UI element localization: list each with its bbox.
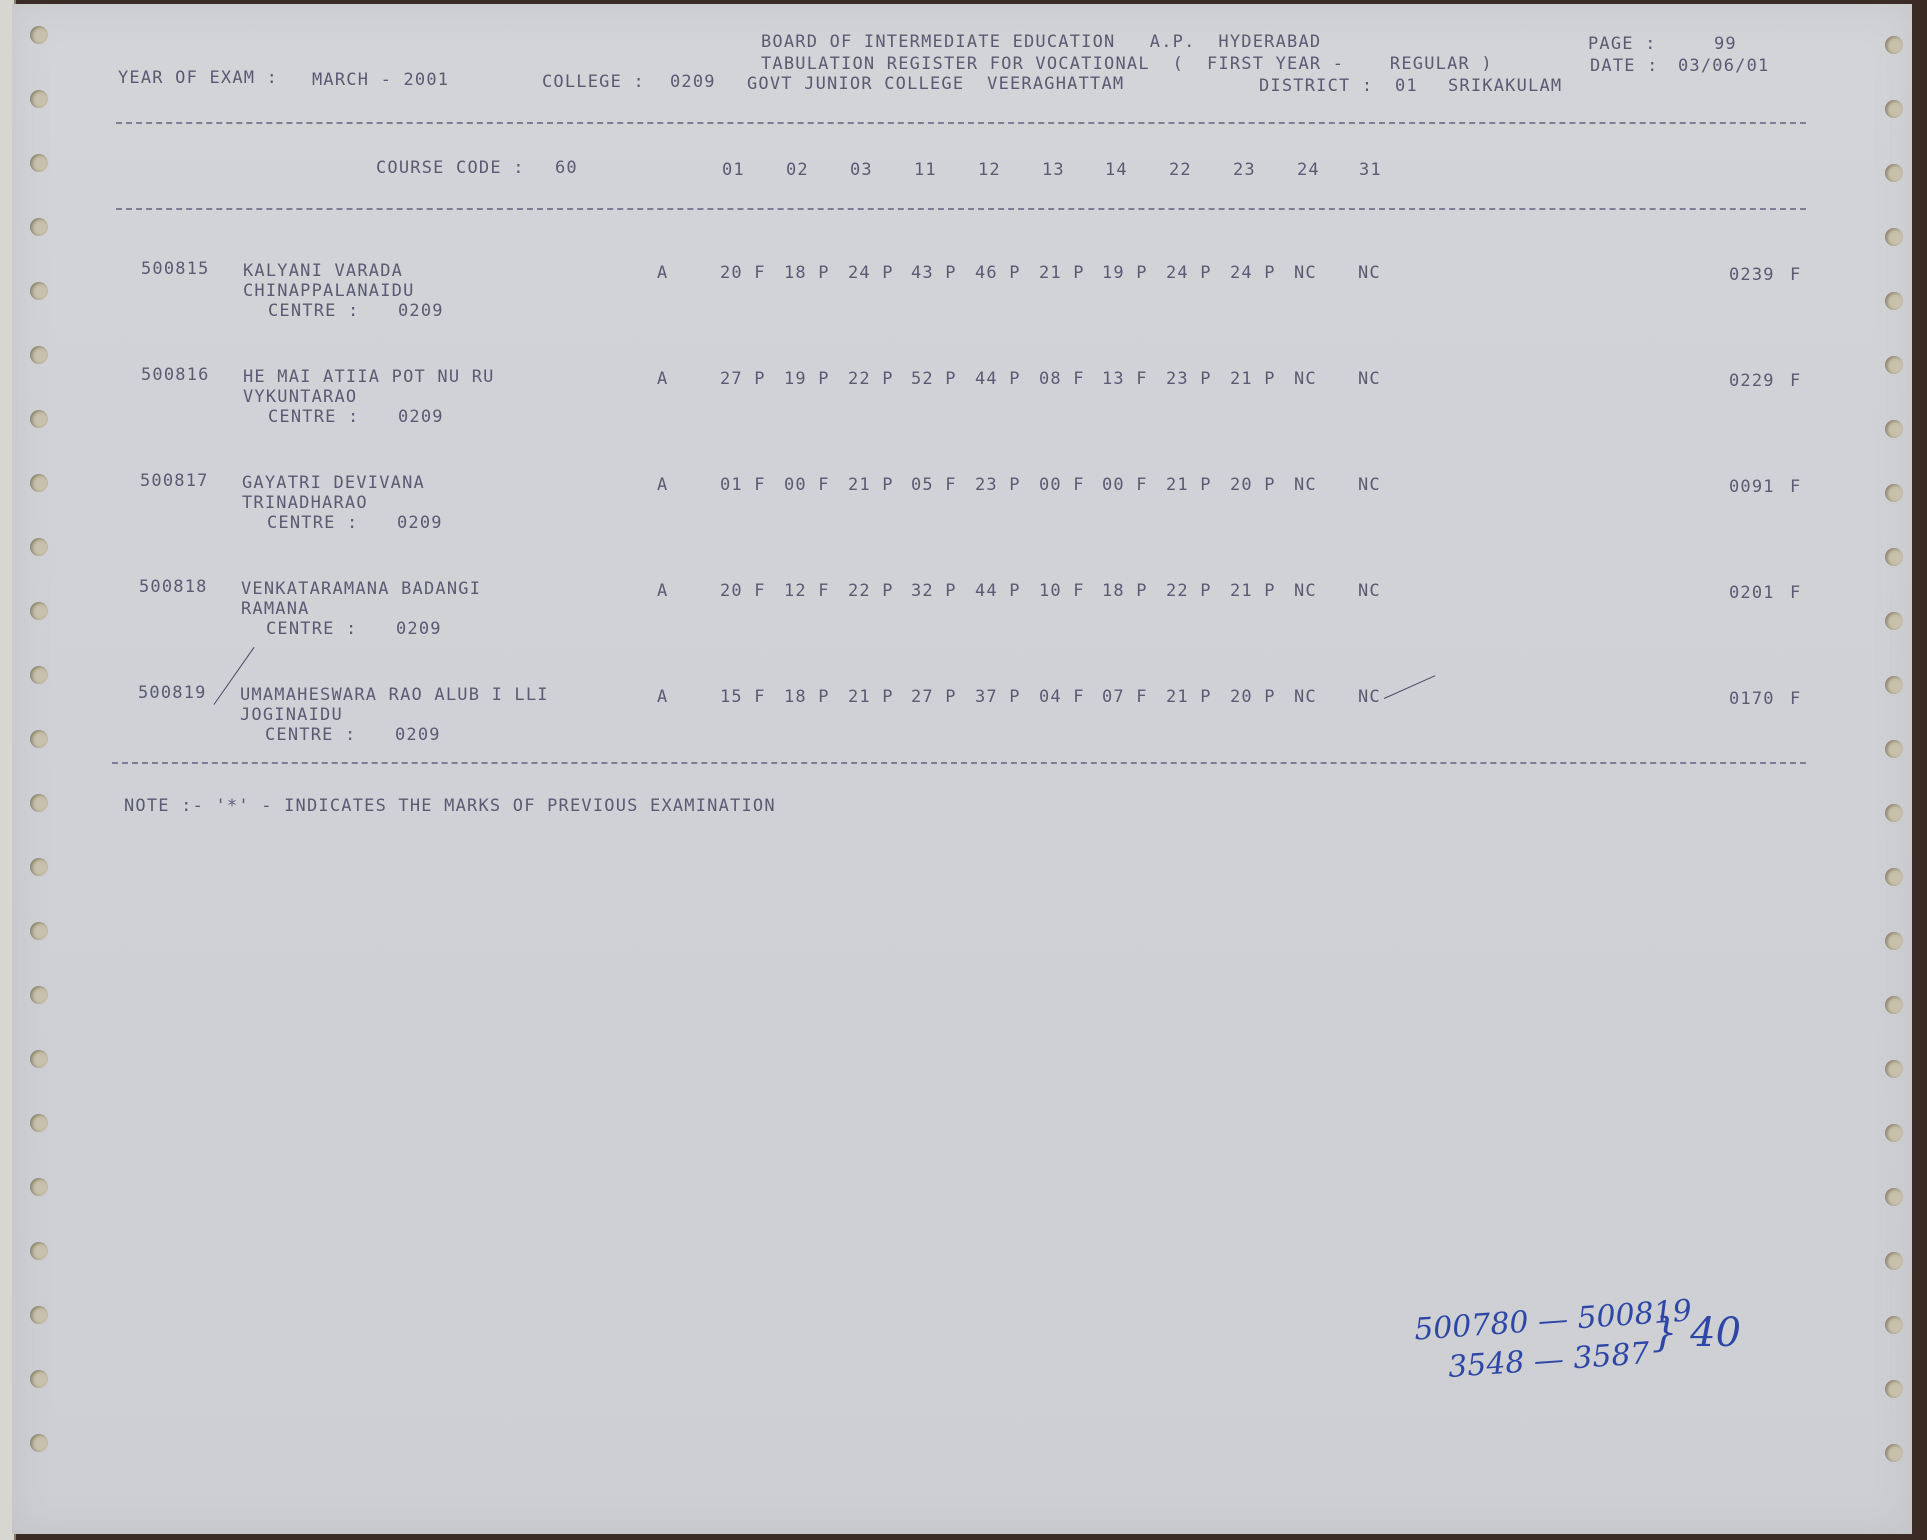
mark: 23 P	[975, 475, 1021, 495]
mark: 19 P	[1102, 263, 1148, 283]
handwritten-total-count: } 40	[1652, 1316, 1741, 1350]
district-code: 01	[1395, 76, 1418, 96]
mark: 21 P	[1166, 475, 1212, 495]
feed-hole	[30, 1242, 48, 1260]
tabulation-register-page: BOARD OF INTERMEDIATE EDUCATION A.P. HYD…	[12, 4, 1912, 1534]
mark: 52 P	[911, 369, 957, 389]
student-row: 500818 VENKATARAMANA BADANGI RAMANA CENT…	[12, 577, 1912, 647]
feed-hole	[30, 346, 48, 364]
feed-hole	[30, 794, 48, 812]
feed-hole	[30, 90, 48, 108]
feed-hole	[30, 154, 48, 172]
mark: 27 P	[720, 369, 766, 389]
mark: 12 F	[784, 581, 830, 601]
feed-hole	[1885, 100, 1903, 118]
date-value: 03/06/01	[1678, 56, 1769, 76]
feed-hole	[1885, 1124, 1903, 1142]
centre-label: CENTRE :	[265, 725, 356, 745]
mark: 20 F	[720, 581, 766, 601]
feed-hole	[30, 1050, 48, 1068]
mark: 20 P	[1230, 687, 1276, 707]
centre-label: CENTRE :	[268, 301, 359, 321]
page-number: 99	[1714, 34, 1737, 54]
subject-code: 02	[786, 160, 809, 180]
total-marks: 0229	[1729, 371, 1775, 391]
mark: 18 P	[784, 687, 830, 707]
footnote: NOTE :- '*' - INDICATES THE MARKS OF PRE…	[124, 796, 776, 816]
feed-hole	[1885, 164, 1903, 182]
subject-code: 01	[722, 160, 745, 180]
student-row: 500815 KALYANI VARADA CHINAPPALANAIDU CE…	[12, 259, 1912, 329]
mark: NC	[1294, 369, 1317, 389]
date-label: DATE :	[1590, 56, 1659, 76]
mark: 07 F	[1102, 687, 1148, 707]
feed-hole	[30, 218, 48, 236]
subject-code: 11	[914, 160, 937, 180]
subject-code: 22	[1169, 160, 1192, 180]
total-marks: 0091	[1729, 477, 1775, 497]
mark: 05 F	[911, 475, 957, 495]
mark: 20 P	[1230, 475, 1276, 495]
feed-hole	[1885, 1060, 1903, 1078]
mark: 04 F	[1039, 687, 1085, 707]
mark: 21 P	[1230, 581, 1276, 601]
feed-hole	[1885, 1252, 1903, 1270]
result: F	[1790, 689, 1801, 709]
mark: 13 F	[1102, 369, 1148, 389]
feed-hole	[30, 1370, 48, 1388]
medium: A	[657, 263, 668, 283]
mark: 21 P	[848, 475, 894, 495]
result: F	[1790, 477, 1801, 497]
student-name-line1: VENKATARAMANA BADANGI	[241, 579, 481, 599]
subject-code: 12	[978, 160, 1001, 180]
student-name-line2: CHINAPPALANAIDU	[243, 281, 415, 301]
hall-ticket-number: 500816	[141, 365, 210, 385]
mark: 37 P	[975, 687, 1021, 707]
student-row: 500817 GAYATRI DEVIVANA TRINADHARAO CENT…	[12, 471, 1912, 541]
mark: 20 F	[720, 263, 766, 283]
feed-hole	[1885, 1316, 1903, 1334]
mark: 19 P	[784, 369, 830, 389]
feed-hole	[1885, 1188, 1903, 1206]
feed-hole	[1885, 1444, 1903, 1462]
column-header-divider	[116, 208, 1806, 210]
college-name: GOVT JUNIOR COLLEGE VEERAGHATTAM	[747, 74, 1124, 94]
college-label: COLLEGE :	[542, 72, 645, 92]
feed-hole	[30, 858, 48, 876]
feed-hole	[1885, 1380, 1903, 1398]
mark: 21 P	[1166, 687, 1212, 707]
feed-hole	[1885, 36, 1903, 54]
subject-code: 23	[1233, 160, 1256, 180]
mark: 22 P	[1166, 581, 1212, 601]
mark: 44 P	[975, 369, 1021, 389]
mark: 01 F	[720, 475, 766, 495]
student-name-line2: RAMANA	[241, 599, 310, 619]
mark: 15 F	[720, 687, 766, 707]
medium: A	[657, 475, 668, 495]
header-divider	[116, 122, 1806, 124]
mark: 27 P	[911, 687, 957, 707]
total-marks: 0239	[1729, 265, 1775, 285]
hall-ticket-number: 500819	[138, 683, 207, 703]
centre-code: 0209	[398, 301, 444, 321]
result: F	[1790, 583, 1801, 603]
centre-label: CENTRE :	[268, 407, 359, 427]
student-name-line2: JOGINAIDU	[240, 705, 343, 725]
course-code-label: COURSE CODE :	[376, 158, 525, 178]
hall-ticket-number: 500815	[141, 259, 210, 279]
student-row: 500816 HE MAI ATIIA POT NU RU VYKUNTARAO…	[12, 365, 1912, 435]
page-label: PAGE :	[1588, 34, 1657, 54]
centre-code: 0209	[397, 513, 443, 533]
district-name: SRIKAKULAM	[1448, 76, 1562, 96]
mark: NC	[1358, 581, 1381, 601]
feed-hole	[30, 922, 48, 940]
mark: 21 P	[848, 687, 894, 707]
student-name-line1: HE MAI ATIIA POT NU RU	[243, 367, 495, 387]
mark: 32 P	[911, 581, 957, 601]
register-title: TABULATION REGISTER FOR VOCATIONAL ( FIR…	[761, 54, 1493, 74]
medium: A	[657, 369, 668, 389]
feed-hole	[30, 1306, 48, 1324]
feed-hole	[30, 666, 48, 684]
subject-code: 31	[1359, 160, 1382, 180]
feed-hole	[30, 1178, 48, 1196]
feed-hole	[1885, 932, 1903, 950]
medium: A	[657, 687, 668, 707]
subject-code: 24	[1297, 160, 1320, 180]
mark: 18 P	[784, 263, 830, 283]
centre-code: 0209	[395, 725, 441, 745]
subject-code: 13	[1042, 160, 1065, 180]
district-label: DISTRICT :	[1259, 76, 1373, 96]
centre-label: CENTRE :	[266, 619, 357, 639]
mark: 43 P	[911, 263, 957, 283]
handwritten-serial-range: 3548 — 3587	[1447, 1337, 1651, 1385]
mark: 22 P	[848, 369, 894, 389]
hall-ticket-number: 500817	[140, 471, 209, 491]
mark: NC	[1294, 475, 1317, 495]
subject-code: 14	[1105, 160, 1128, 180]
mark: 00 F	[1102, 475, 1148, 495]
student-name-line1: KALYANI VARADA	[243, 261, 403, 281]
board-title: BOARD OF INTERMEDIATE EDUCATION A.P. HYD…	[761, 32, 1321, 52]
mark: 10 F	[1039, 581, 1085, 601]
mark: NC	[1358, 475, 1381, 495]
mark: 46 P	[975, 263, 1021, 283]
mark: 00 F	[1039, 475, 1085, 495]
mark: 00 F	[784, 475, 830, 495]
result: F	[1790, 265, 1801, 285]
centre-label: CENTRE :	[267, 513, 358, 533]
mark: 23 P	[1166, 369, 1212, 389]
mark: 21 P	[1039, 263, 1085, 283]
feed-hole	[30, 1434, 48, 1452]
mark: 18 P	[1102, 581, 1148, 601]
mark: NC	[1358, 687, 1381, 707]
mark: NC	[1294, 263, 1317, 283]
feed-hole	[30, 986, 48, 1004]
handwritten-roll-range: 500780 — 500819	[1413, 1294, 1693, 1347]
medium: A	[657, 581, 668, 601]
college-code: 0209	[670, 72, 716, 92]
feed-hole	[1885, 996, 1903, 1014]
student-name-line2: VYKUNTARAO	[243, 387, 357, 407]
student-row: 500819 UMAMAHESWARA RAO ALUB I LLI JOGIN…	[12, 683, 1912, 753]
student-name-line1: GAYATRI DEVIVANA	[242, 473, 425, 493]
feed-hole	[1885, 804, 1903, 822]
mark: 21 P	[1230, 369, 1276, 389]
subject-code: 03	[850, 160, 873, 180]
hall-ticket-number: 500818	[139, 577, 208, 597]
feed-hole	[30, 26, 48, 44]
feed-hole	[1885, 548, 1903, 566]
mark: NC	[1358, 369, 1381, 389]
mark: NC	[1294, 581, 1317, 601]
mark: 22 P	[848, 581, 894, 601]
feed-hole	[30, 1114, 48, 1132]
feed-hole	[1885, 868, 1903, 886]
year-of-exam-value: MARCH - 2001	[312, 70, 449, 90]
result: F	[1790, 371, 1801, 391]
centre-code: 0209	[398, 407, 444, 427]
mark: NC	[1294, 687, 1317, 707]
mark: 24 P	[1230, 263, 1276, 283]
course-code-value: 60	[555, 158, 578, 178]
mark: 44 P	[975, 581, 1021, 601]
mark: NC	[1358, 263, 1381, 283]
mark: 24 P	[1166, 263, 1212, 283]
total-marks: 0170	[1729, 689, 1775, 709]
total-marks: 0201	[1729, 583, 1775, 603]
centre-code: 0209	[396, 619, 442, 639]
mark: 08 F	[1039, 369, 1085, 389]
student-name-line1: UMAMAHESWARA RAO ALUB I LLI	[240, 685, 549, 705]
mark: 24 P	[848, 263, 894, 283]
feed-hole	[1885, 228, 1903, 246]
student-name-line2: TRINADHARAO	[242, 493, 368, 513]
table-end-divider	[112, 762, 1806, 764]
year-of-exam-label: YEAR OF EXAM :	[118, 68, 278, 88]
